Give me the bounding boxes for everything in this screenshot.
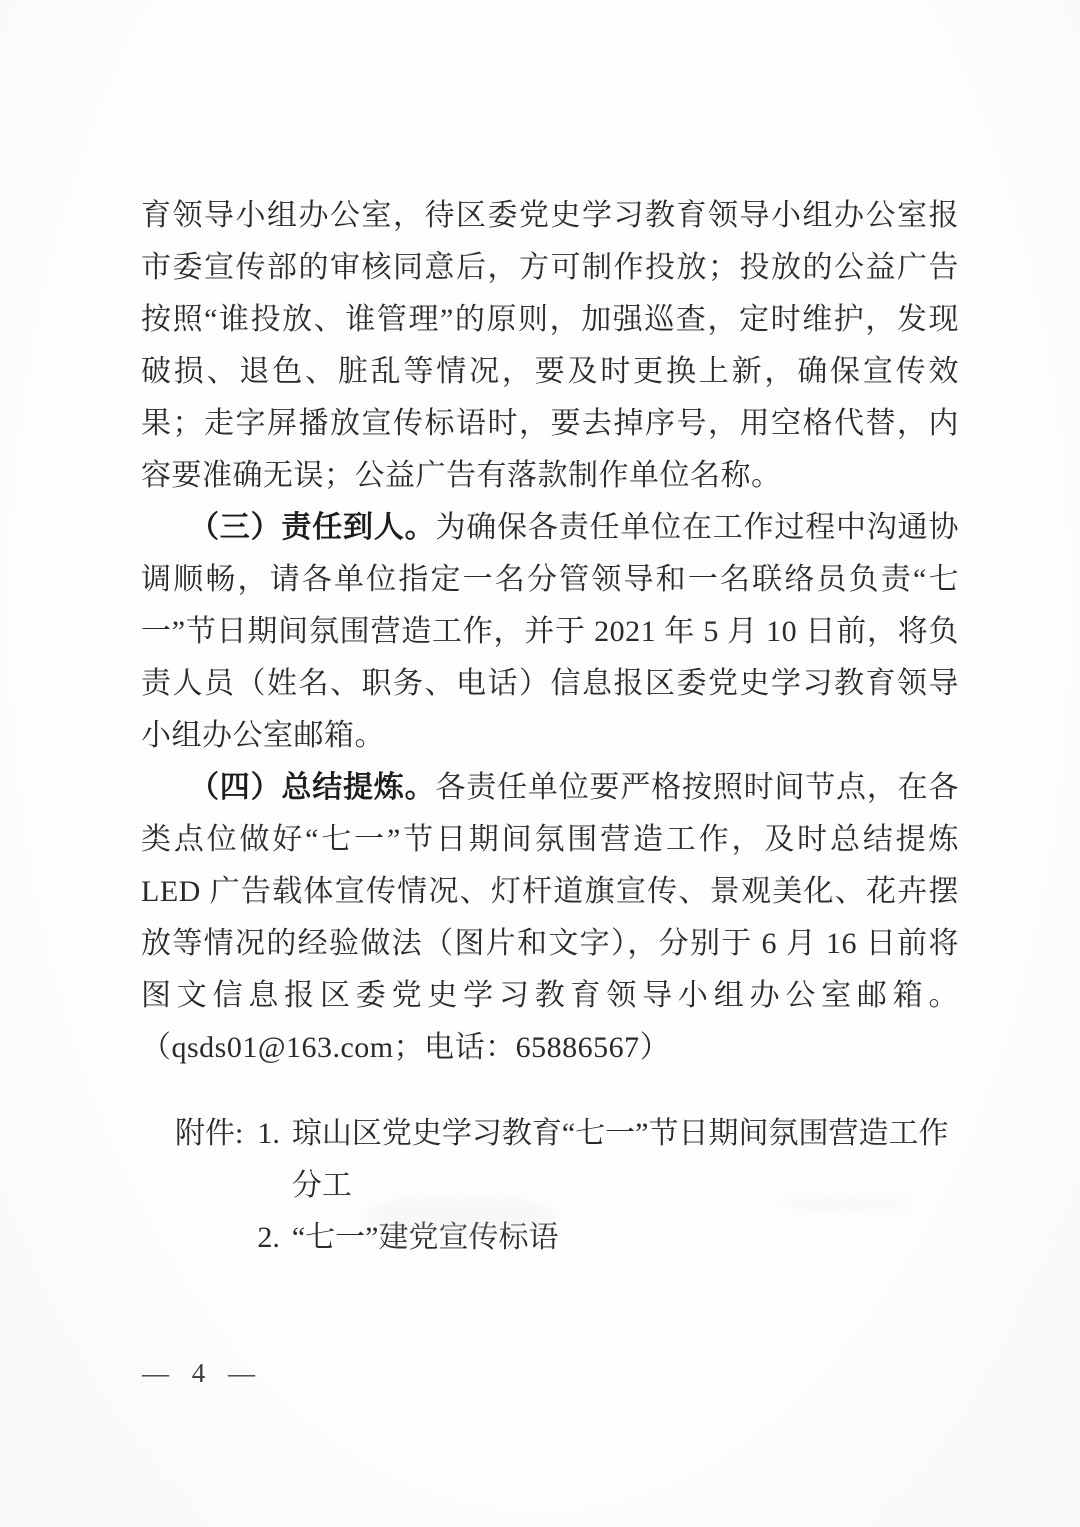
page-number: — 4 — [142,1358,258,1389]
attachment-number: 2. [257,1212,280,1264]
scanned-document-page: 育领导小组办公室，待区委党史学习教育领导小组办公室报市委宣传部的审核同意后，方可… [0,0,1080,1527]
paragraph-lead: （四）总结提炼。 [189,771,436,804]
attachments-label: 附件: [175,1108,243,1264]
paragraph-text: 为确保各责任单位在工作过程中沟通协调顺畅，请各单位指定一名分管领导和一名联络员负… [141,511,959,752]
paragraph-text: 育领导小组办公室，待区委党史学习教育领导小组办公室报市委宣传部的审核同意后，方可… [141,199,959,492]
paragraph-continuation: 育领导小组办公室，待区委党史学习教育领导小组办公室报市委宣传部的审核同意后，方可… [141,190,959,502]
paragraph-lead: （三）责任到人。 [189,511,436,544]
paragraph-item-3: （三）责任到人。为确保各责任单位在工作过程中沟通协调顺畅，请各单位指定一名分管领… [141,502,959,762]
attachments-list: 1. 琼山区党史学习教育“七一”节日期间氛围营造工作分工 2. “七一”建党宣传… [257,1108,959,1264]
scan-artifact [770,1196,910,1210]
scan-artifact [740,772,800,782]
paragraph-item-4: （四）总结提炼。各责任单位要严格按照时间节点，在各类点位做好“七一”节日期间氛围… [141,762,959,1074]
scan-artifact [360,1195,560,1235]
attachments-block: 附件: 1. 琼山区党史学习教育“七一”节日期间氛围营造工作分工 2. “七一”… [141,1108,959,1264]
document-body: 育领导小组办公室，待区委党史学习教育领导小组办公室报市委宣传部的审核同意后，方可… [141,190,959,1264]
attachment-number: 1. [257,1108,280,1212]
paragraph-text: 各责任单位要严格按照时间节点，在各类点位做好“七一”节日期间氛围营造工作，及时总… [141,771,959,1064]
